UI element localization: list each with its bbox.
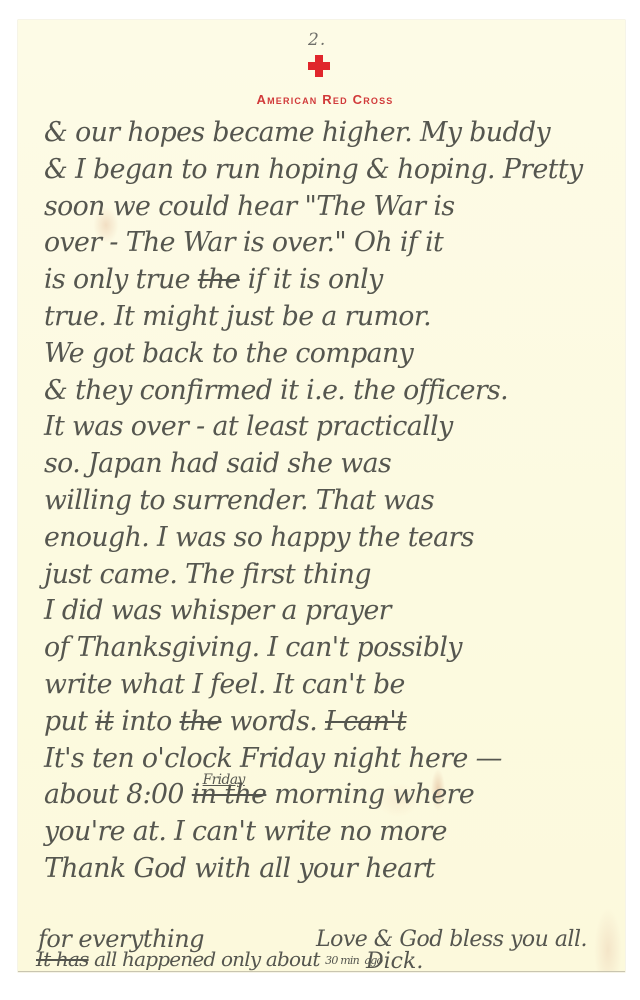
letter-line: so. Japan had said she was: [44, 446, 614, 483]
letter-line: Thank God with all your heart: [44, 851, 614, 888]
struck-text: the: [180, 706, 222, 737]
signature: Dick.: [366, 949, 423, 974]
letter-line: It was over - at least practically: [44, 409, 614, 446]
letter-body: & our hopes became higher. My buddy & I …: [44, 115, 619, 888]
letter-line: true. It might just be a rumor.: [44, 299, 614, 336]
letter-line: is only true the if it is only: [44, 262, 614, 299]
letter-line: put it into the words. I can't: [44, 704, 614, 741]
red-cross-icon: [308, 55, 330, 77]
inserted-text: Friday: [203, 773, 245, 787]
struck-text: I can't: [325, 706, 406, 737]
letter-line: & they confirmed it i.e. the officers.: [44, 373, 614, 410]
letter-line: & our hopes became higher. My buddy: [44, 115, 614, 152]
letter-line: over - The War is over." Oh if it: [44, 225, 614, 262]
letter-line: about 8:00 in theFriday morning where: [44, 777, 614, 814]
letter-line: enough. I was so happy the tears: [44, 520, 614, 557]
struck-text: the: [198, 264, 240, 295]
letterhead-organization: American Red Cross: [200, 92, 450, 107]
letter-line: you're at. I can't write no more: [44, 814, 614, 851]
letter-line: We got back to the company: [44, 336, 614, 373]
closing: Love & God bless you all.: [316, 927, 587, 952]
struck-text: it: [95, 706, 113, 737]
letter-line: just came. The first thing: [44, 557, 614, 594]
letter-line: & I began to run hoping & hoping. Pretty: [44, 152, 614, 189]
letter-line: willing to surrender. That was: [44, 483, 614, 520]
letter-line: of Thanksgiving. I can't possibly: [44, 630, 614, 667]
letter-line: soon we could hear "The War is: [44, 189, 614, 226]
letter-line: It's ten o'clock Friday night here —: [44, 741, 614, 778]
letter-line: write what I feel. It can't be: [44, 667, 614, 704]
letter-line: I did was whisper a prayer: [44, 593, 614, 630]
page-number: 2.: [308, 30, 326, 50]
